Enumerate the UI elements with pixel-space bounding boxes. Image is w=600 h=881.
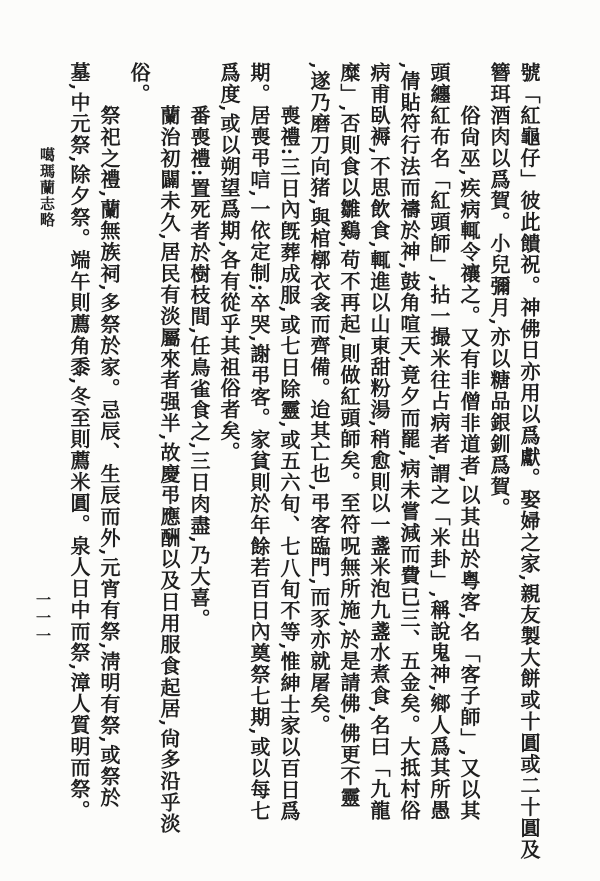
text-column: 號「紅龜仔」彼此饋祝。神佛日亦用以爲獻。娶婦之家,親友製大餅或十圓或二十圓及 [514,62,544,878]
text-column: 墓,中元祭,除夕祭。端午則薦角黍,冬至則薦米圓。泉人日中而祭,漳人質明而祭。 [64,62,94,878]
page-number: 一一一 [33,592,54,646]
text-column: 病甫臥褥,不思飲食,輒進以山東甜粉湯,稍愈則以一盞米泡九盞水煮食,名曰「九龍 [364,62,394,878]
text-column: ,遂乃磨刀向猪,與棺槨衣衾而齊備。迨其亡也,弔客臨門,而豕亦就屠矣。 [304,62,334,878]
text-column: 俗尙巫,疾病輒令禳之。又有非僧非道者,以其出於粤客,名「客子師」,又以其 [454,62,484,878]
text-column: 祭祀之禮,蘭無族祠,多祭於家。忌辰、生辰而外,元宵有祭,淸明有祭,或祭於 [94,62,124,878]
text-column: 簪珥酒肉以爲賀。小兒彌月,亦以糖品銀釧爲賀。 [484,62,514,878]
text-column: ,倩貼符行法而禱於神,鼓角喧天,竟夕而罷,病未嘗減而費已三、五金矣。大抵村俗 [394,62,424,878]
scanned-page: 號「紅龜仔」彼此饋祝。神佛日亦用以爲獻。娶婦之家,親友製大餅或十圓或二十圓及簪珥… [0,0,600,881]
text-column: 蘭治初闢未久,居民有淡屬來者强半,故慶弔應酬以及日用服食起居,尙多沿乎淡 [154,62,184,878]
text-column: 頭纏紅布名「紅頭師」,拈一撮米往占病者,謂之「米卦」,稱說鬼神,鄉人爲其所愚 [424,62,454,878]
text-column: 期。居喪弔唁,一依定制;卒哭,謝弔客。家貧則於年餘若百日內奠祭七期,或以每七 [244,62,274,878]
text-column: 俗。 [124,62,154,878]
book-title: 噶瑪蘭志略 [37,147,58,228]
text-column: 喪禮:三日內旣葬成服,或七日除靈,或五六旬、七八旬不等,惟紳士家以百日爲 [274,62,304,878]
text-block: 號「紅龜仔」彼此饋祝。神佛日亦用以爲獻。娶婦之家,親友製大餅或十圓或二十圓及簪珥… [64,62,544,878]
text-column: 糜」,否則食以雛鷄,苟不再起,則做紅頭師矣。至符呪無所施,於是請佛,佛更不靈 [334,62,364,878]
text-column: 番喪禮:置死者於樹枝間,任鳥雀食之,三日肉盡,乃大喜。 [184,62,214,878]
text-column: 爲度,或以朔望爲期,各有從乎其祖俗者矣。 [214,62,244,878]
